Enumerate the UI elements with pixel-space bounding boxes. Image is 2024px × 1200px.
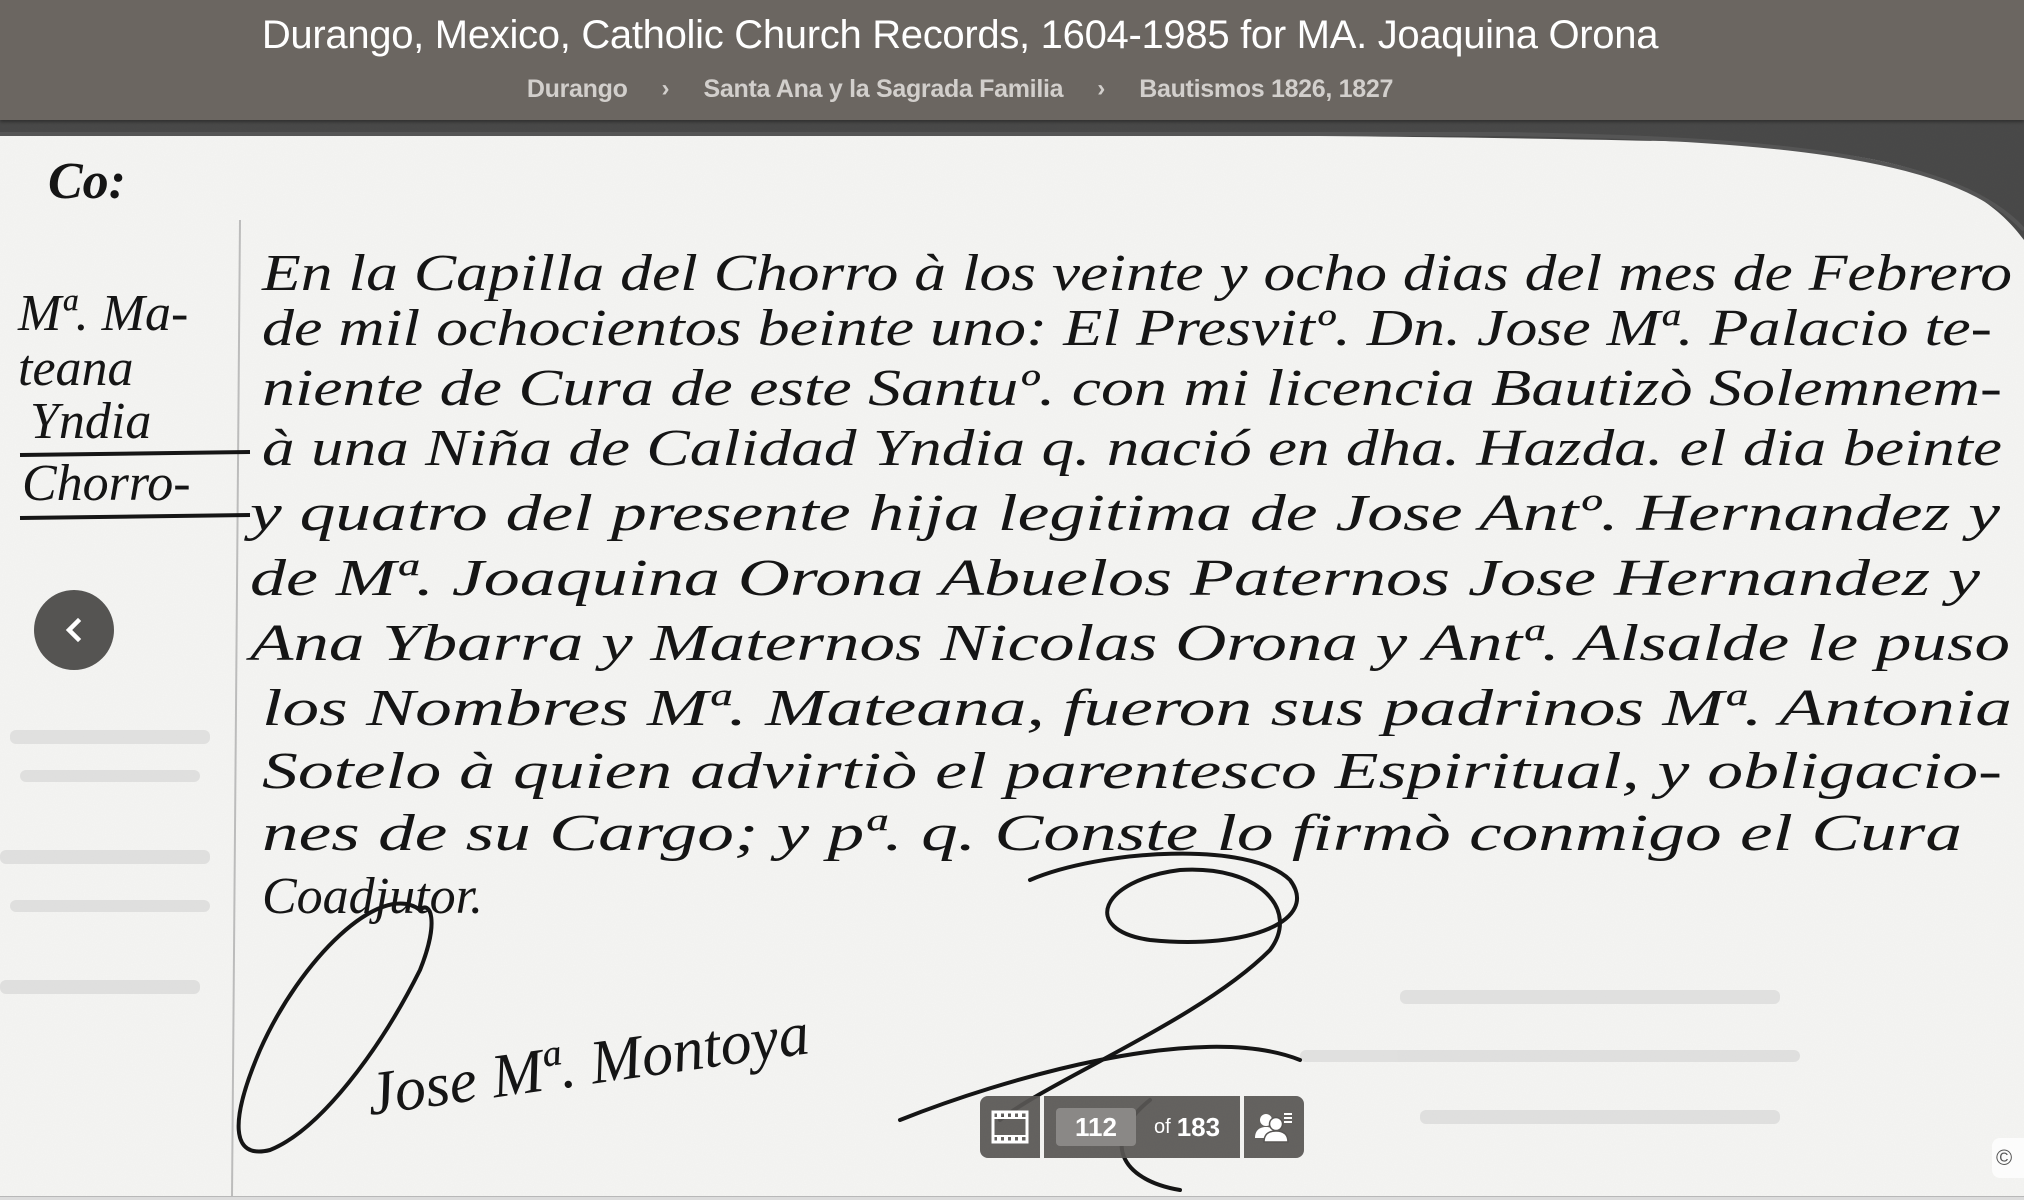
svg-text:à una Niña de Calidad Yndia q: à una Niña de Calidad Yndia q. nació en …: [262, 420, 2002, 477]
image-navigation-toolbar: of 183: [980, 1096, 1304, 1158]
filmstrip-icon: [991, 1110, 1029, 1144]
breadcrumb: Durango › Santa Ana y la Sagrada Familia…: [0, 72, 1920, 106]
margin-note-line: Mª. Ma-: [17, 285, 188, 342]
filmstrip-button[interactable]: [980, 1096, 1040, 1158]
chevron-left-icon: [60, 616, 88, 644]
svg-text:de Mª. Joaquina Orona Abuelos: de Mª. Joaquina Orona Abuelos Paternos J…: [250, 550, 1981, 607]
svg-text:En la Capilla del Chorro à l: En la Capilla del Chorro à los veinte y …: [261, 245, 2012, 302]
previous-image-button[interactable]: [34, 590, 114, 670]
breadcrumb-record-set[interactable]: Bautismos 1826, 1827: [1139, 75, 1393, 104]
svg-text:Coadjutor.: Coadjutor.: [262, 868, 483, 925]
image-number-control: of 183: [1044, 1096, 1240, 1158]
svg-text:de mil ochocientos beinte uno:: de mil ochocientos beinte uno: El Presvi…: [262, 300, 1992, 357]
breadcrumb-separator-icon: ›: [1097, 75, 1105, 103]
record-header: Durango, Mexico, Catholic Church Records…: [0, 0, 2024, 120]
svg-text:Ana Ybarra y Maternos Nicolas: Ana Ybarra y Maternos Nicolas Orona y An…: [246, 615, 2010, 672]
image-viewer[interactable]: Co: Mª. Ma- teana Yndia Chorro- En la Ca…: [0, 120, 2024, 1197]
image-number-input[interactable]: [1056, 1108, 1136, 1146]
of-label: of: [1154, 1116, 1171, 1139]
breadcrumb-parish[interactable]: Santa Ana y la Sagrada Familia: [704, 75, 1064, 104]
document-image[interactable]: Co: Mª. Ma- teana Yndia Chorro- En la Ca…: [0, 120, 2024, 1197]
margin-note-line: Yndia: [30, 393, 151, 450]
svg-text:nes de su Cargo; y pª. q. Cons: nes de su Cargo; y pª. q. Conste lo firm…: [262, 805, 1962, 862]
page-title: Durango, Mexico, Catholic Church Records…: [0, 10, 1920, 60]
breadcrumb-durango[interactable]: Durango: [527, 75, 628, 104]
copyright-button[interactable]: ©: [1992, 1138, 2024, 1178]
people-list-icon: [1254, 1110, 1294, 1144]
breadcrumb-separator-icon: ›: [662, 75, 670, 103]
svg-text:los Nombres Mª. Mateana, fue: los Nombres Mª. Mateana, fueron sus padr…: [262, 680, 2012, 737]
corner-mark: Co:: [48, 153, 126, 210]
svg-text:niente de Cura de este Santuº.: niente de Cura de este Santuº. con mi li…: [262, 360, 2002, 417]
svg-text:Sotelo à quien advirtiò el pa: Sotelo à quien advirtiò el parentesco Es…: [262, 743, 2002, 800]
viewer-bottom-border: [0, 1196, 2024, 1200]
total-images: 183: [1177, 1112, 1220, 1143]
svg-text:y quatro del presente hija l: y quatro del presente hija legitima de J…: [243, 485, 2001, 542]
index-people-button[interactable]: [1244, 1096, 1304, 1158]
margin-note-line: teana: [18, 340, 134, 397]
copyright-icon: ©: [1996, 1145, 2012, 1171]
margin-note-line: Chorro-: [22, 455, 191, 512]
